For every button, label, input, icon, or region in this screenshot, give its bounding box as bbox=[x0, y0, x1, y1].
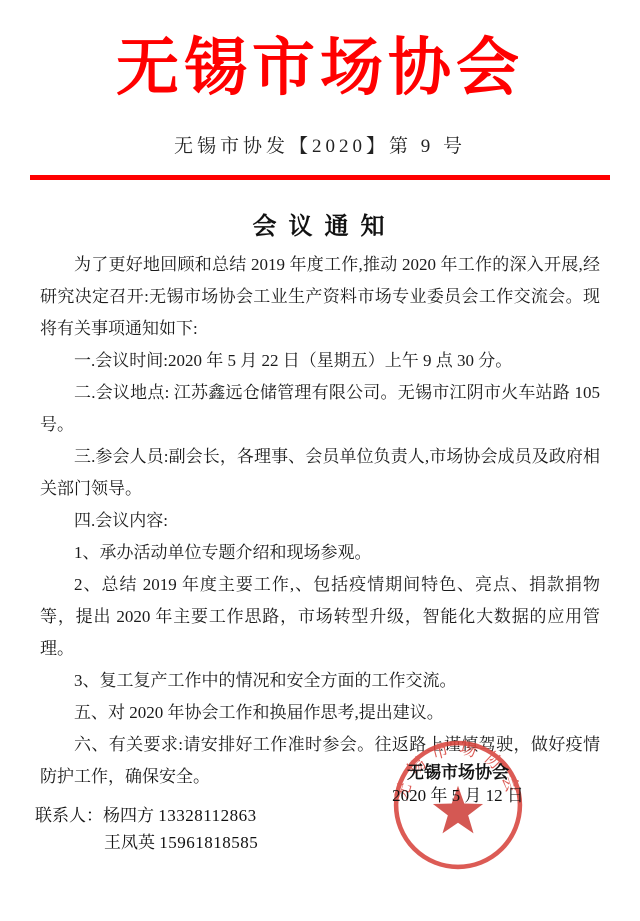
letterhead-org-title: 无锡市场协会 bbox=[0, 33, 640, 103]
signature-date: 2020 年 5 月 12 日 bbox=[377, 784, 539, 807]
document-page: 无锡市场协会 无锡市协发【2020】第 9 号 会 议 通 知 为了更好地回顾和… bbox=[0, 0, 640, 921]
document-number: 无锡市协发【2020】第 9 号 bbox=[0, 134, 640, 160]
contact-label: 联系人： bbox=[35, 806, 103, 825]
contact-row: 王凤英 15961818585 bbox=[35, 829, 258, 856]
body-paragraph: 四.会议内容: bbox=[40, 505, 600, 537]
signature-block: 无锡市场协会 2020 年 5 月 12 日 bbox=[377, 761, 539, 807]
contact-row: 联系人：杨四方 13328112863 bbox=[35, 802, 258, 829]
body-paragraph: 一.会议时间:2020 年 5 月 22 日（星期五）上午 9 点 30 分。 bbox=[40, 345, 600, 377]
body-paragraph: 3、复工复产工作中的情况和安全方面的工作交流。 bbox=[40, 665, 600, 697]
body-paragraph: 二.会议地点: 江苏鑫远仓储管理有限公司。无锡市江阴市火车站路 105 号。 bbox=[40, 377, 600, 441]
signature-org-name: 无锡市场协会 bbox=[377, 761, 539, 784]
contact-phone: 15961818585 bbox=[159, 833, 258, 852]
notice-title: 会 议 通 知 bbox=[0, 212, 640, 242]
body-paragraph: 为了更好地回顾和总结 2019 年度工作,推动 2020 年工作的深入开展,经研… bbox=[40, 249, 600, 345]
contact-phone: 13328112863 bbox=[158, 806, 256, 825]
contact-block: 联系人：杨四方 13328112863 王凤英 15961818585 bbox=[35, 802, 258, 856]
contact-name: 杨四方 bbox=[103, 806, 154, 825]
contact-name: 王凤英 bbox=[104, 833, 155, 852]
body-paragraph: 1、承办活动单位专题介绍和现场参观。 bbox=[40, 537, 600, 569]
document-body: 为了更好地回顾和总结 2019 年度工作,推动 2020 年工作的深入开展,经研… bbox=[40, 249, 600, 793]
red-divider-line bbox=[30, 175, 610, 180]
body-paragraph: 五、对 2020 年协会工作和换届作思考,提出建议。 bbox=[40, 697, 600, 729]
body-paragraph: 2、总结 2019 年度主要工作,、包括疫情期间特色、亮点、捐款捐物等，提出 2… bbox=[40, 569, 600, 665]
body-paragraph: 三.参会人员:副会长，各理事、会员单位负责人,市场协会成员及政府相关部门领导。 bbox=[40, 441, 600, 505]
